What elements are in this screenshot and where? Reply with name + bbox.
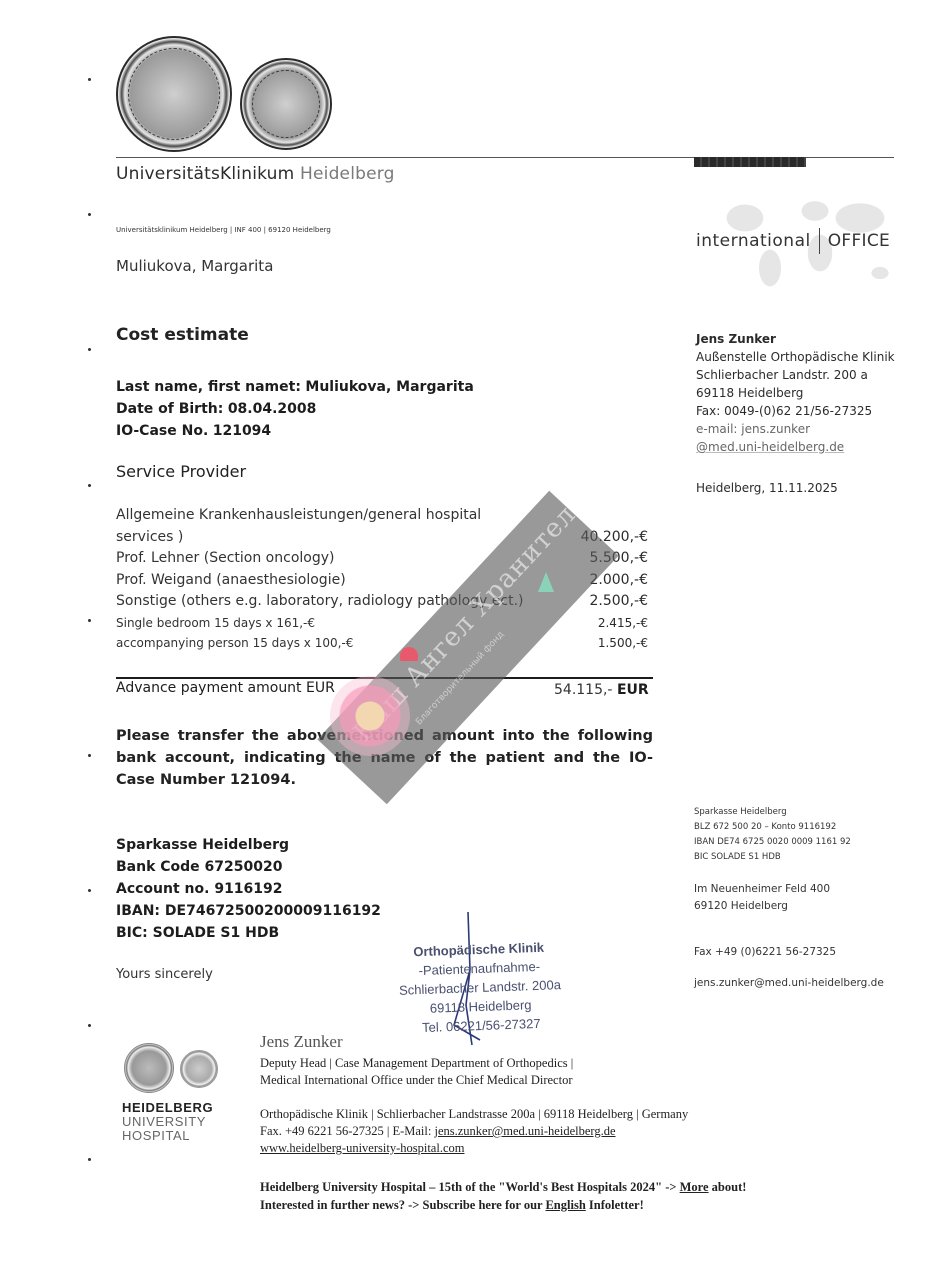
- christmas-tree-icon: [538, 572, 554, 592]
- contact-email-line1: e-mail: jens.zunker: [696, 420, 895, 438]
- case-label: IO-Case No.: [116, 423, 208, 439]
- sidebar-address: Im Neuenheimer Feld 400 69120 Heidelberg: [694, 881, 830, 915]
- footer-contact-line: Fax. +49 6221 56-27325 | E-Mail: jens.zu…: [260, 1123, 688, 1140]
- bank-code: Bank Code 67250020: [116, 856, 381, 878]
- dob-label: Date of Birth:: [116, 401, 223, 417]
- promo-text: Infoletter!: [586, 1198, 644, 1212]
- bic: BIC: SOLADE S1 HDB: [116, 922, 381, 944]
- contact-name: Jens Zunker: [696, 330, 895, 348]
- brand-primary: UniversitätsKlinikum: [116, 164, 294, 184]
- promo-text: Interested in further news? -> Subscribe…: [260, 1198, 545, 1212]
- service-row: Single bedroom 15 days x 161,-€ 2.415,-€: [116, 613, 656, 633]
- footer-address-line: Orthopädische Klinik | Schlierbacher Lan…: [260, 1106, 688, 1123]
- bank-name: Sparkasse Heidelberg: [116, 834, 381, 856]
- brand-name: UniversitätsKlinikum Heidelberg: [116, 164, 395, 184]
- contact-email-link[interactable]: @med.uni-heidelberg.de: [696, 438, 895, 456]
- santa-hat-icon: [400, 647, 418, 661]
- service-label: accompanying person 15 days x 100,-€: [116, 636, 353, 650]
- scan-dot: [88, 1024, 91, 1027]
- patient-dob-row: Date of Birth: 08.04.2008: [116, 398, 474, 420]
- dob-value: 08.04.2008: [228, 401, 317, 417]
- scan-dot: [88, 213, 91, 216]
- scan-dot: [88, 348, 91, 351]
- sidebar-address-line: 69120 Heidelberg: [694, 898, 830, 915]
- patient-name-value: Muliukova, Margarita: [305, 379, 473, 395]
- intl-label: international: [696, 231, 811, 251]
- contact-line: 69118 Heidelberg: [696, 384, 895, 402]
- service-label: Single bedroom 15 days x 161,-€: [116, 616, 315, 630]
- signer-role: Deputy Head | Case Management Department…: [260, 1055, 573, 1089]
- service-amount: 2.415,-€: [598, 613, 648, 633]
- total-currency: EUR: [617, 682, 649, 698]
- footer-address: Orthopädische Klinik | Schlierbacher Lan…: [260, 1106, 688, 1157]
- contact-fax: Fax: 0049-(0)62 21/56-27325: [696, 402, 895, 420]
- sidebar-bank-line: Sparkasse Heidelberg: [694, 805, 851, 820]
- footer-brand: HEIDELBERG UNIVERSITY HOSPITAL: [122, 1101, 213, 1143]
- sidebar-fax: Fax +49 (0)6221 56-27325: [694, 946, 836, 958]
- header-accent-bar: [694, 157, 806, 167]
- service-provider-heading: Service Provider: [116, 462, 246, 481]
- office-label: OFFICE: [828, 231, 890, 251]
- promo-line: Heidelberg University Hospital – 15th of…: [260, 1178, 746, 1196]
- service-label: Prof. Lehner (Section oncology): [116, 550, 334, 566]
- patient-name-row: Last name, first namet: Muliukova, Marga…: [116, 376, 474, 398]
- footer-brand-line: UNIVERSITY: [122, 1115, 213, 1129]
- scan-dot: [88, 1158, 91, 1161]
- bank-details: Sparkasse Heidelberg Bank Code 67250020 …: [116, 834, 381, 944]
- total-value: 54.115,-: [554, 682, 613, 698]
- scan-dot: [88, 78, 91, 81]
- footer-seal-logo-small: [180, 1050, 218, 1088]
- footer-promo: Heidelberg University Hospital – 15th of…: [260, 1178, 746, 1214]
- sidebar-bank-line: BLZ 672 500 20 – Konto 9116192: [694, 820, 851, 835]
- service-row: accompanying person 15 days x 100,-€ 1.5…: [116, 633, 656, 653]
- sidebar-bank-info: Sparkasse Heidelberg BLZ 672 500 20 – Ko…: [694, 805, 851, 865]
- scan-dot: [88, 889, 91, 892]
- footer-website-link[interactable]: www.heidelberg-university-hospital.com: [260, 1141, 464, 1155]
- more-link[interactable]: More: [680, 1180, 709, 1194]
- document-title: Cost estimate: [116, 325, 249, 345]
- office-contact-block: Jens Zunker Außenstelle Orthopädische Kl…: [696, 330, 895, 456]
- letter-date: Heidelberg, 11.11.2025: [696, 481, 838, 495]
- service-amount: 1.500,-€: [598, 633, 648, 653]
- scan-dot: [88, 619, 91, 622]
- english-link[interactable]: English: [545, 1198, 585, 1212]
- promo-text: about!: [709, 1180, 747, 1194]
- label-separator: [819, 228, 820, 254]
- patient-name-label: Last name, first namet:: [116, 379, 301, 395]
- clinic-stamp: Orthopädische Klinik -Patientenaufnahme-…: [368, 936, 591, 1039]
- service-label: Prof. Weigand (anaesthesiologie): [116, 572, 346, 588]
- patient-info: Last name, first namet: Muliukova, Marga…: [116, 376, 474, 442]
- brand-secondary: Heidelberg: [300, 164, 395, 184]
- footer-email-link[interactable]: jens.zunker@med.uni-heidelberg.de: [434, 1124, 615, 1138]
- sidebar-bank-line: IBAN DE74 6725 0020 0009 1161 92: [694, 835, 851, 850]
- footer-fax: Fax. +49 6221 56-27325 | E-Mail:: [260, 1124, 434, 1138]
- sidebar-email[interactable]: jens.zunker@med.uni-heidelberg.de: [694, 977, 884, 989]
- contact-line: Außenstelle Orthopädische Klinik: [696, 348, 895, 366]
- sender-address-line: Universitätsklinikum Heidelberg | INF 40…: [116, 226, 331, 234]
- service-amount: 2.500,-€: [590, 591, 649, 613]
- heidelberg-seal-logo: [240, 58, 332, 150]
- total-amount: 54.115,- EUR: [554, 682, 649, 698]
- contact-line: Schlierbacher Landstr. 200 a: [696, 366, 895, 384]
- university-seal-logo: [116, 36, 232, 152]
- scan-dot: [88, 484, 91, 487]
- signer-role-line: Deputy Head | Case Management Department…: [260, 1055, 573, 1072]
- signer-name: Jens Zunker: [260, 1032, 343, 1052]
- recipient-name: Muliukova, Margarita: [116, 257, 273, 275]
- footer-brand-line: HEIDELBERG: [122, 1101, 213, 1115]
- angel-icon: [330, 676, 410, 756]
- case-value: 121094: [213, 423, 271, 439]
- sidebar-bank-line: BIC SOLADE S1 HDB: [694, 850, 851, 865]
- footer-brand-line: HOSPITAL: [122, 1129, 213, 1143]
- promo-text: Heidelberg University Hospital – 15th of…: [260, 1180, 680, 1194]
- signer-role-line: Medical International Office under the C…: [260, 1072, 573, 1089]
- promo-line: Interested in further news? -> Subscribe…: [260, 1196, 746, 1214]
- closing-salutation: Yours sincerely: [116, 967, 213, 982]
- case-number-row: IO-Case No. 121094: [116, 420, 474, 442]
- account-number: Account no. 9116192: [116, 878, 381, 900]
- sidebar-address-line: Im Neuenheimer Feld 400: [694, 881, 830, 898]
- footer-seal-logo: [124, 1043, 174, 1093]
- international-office-label: internationalOFFICE: [696, 228, 890, 254]
- scan-dot: [88, 754, 91, 757]
- iban: IBAN: DE74672500200009116192: [116, 900, 381, 922]
- total-label: Advance payment amount EUR: [116, 680, 335, 696]
